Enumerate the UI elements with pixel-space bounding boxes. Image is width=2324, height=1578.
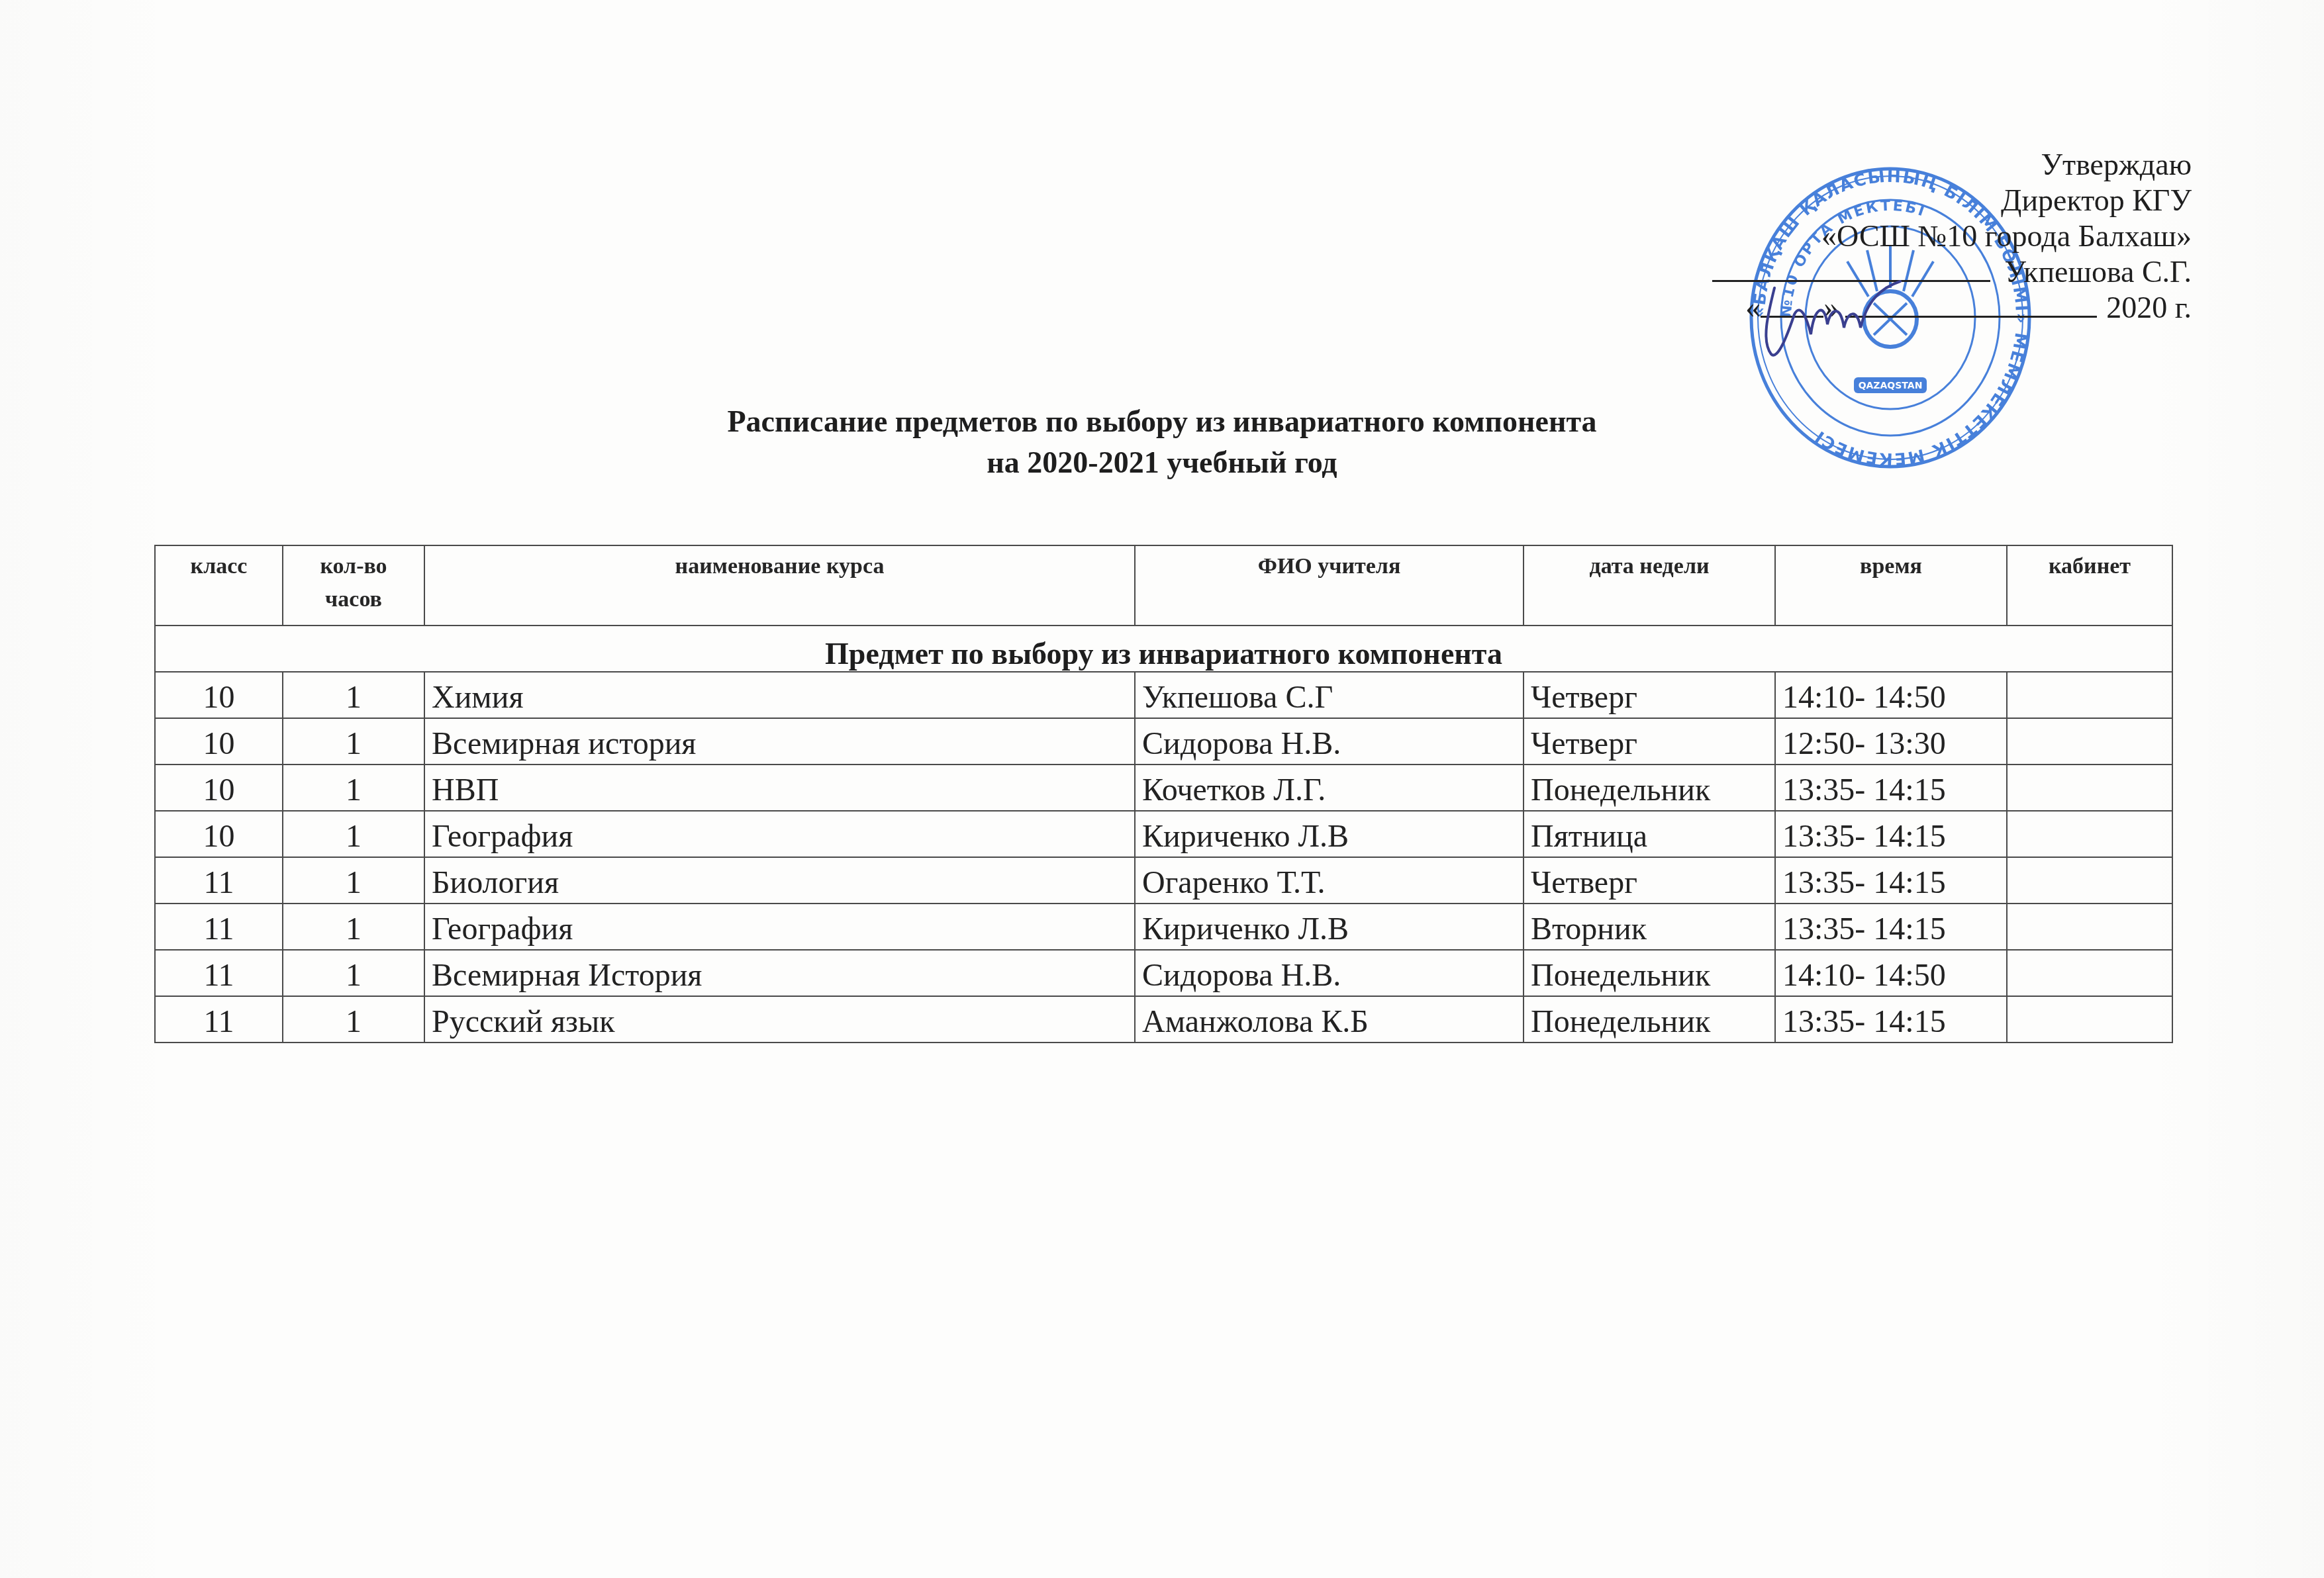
cell-hours: 1 (283, 718, 424, 765)
cell-hours: 1 (283, 672, 424, 718)
header-grade: класс (155, 545, 283, 626)
cell-hours: 1 (283, 904, 424, 950)
cell-grade: 10 (155, 672, 283, 718)
cell-time: 13:35- 14:15 (1775, 904, 2007, 950)
cell-grade: 11 (155, 904, 283, 950)
section-title: Предмет по выбору из инвариатного компон… (155, 626, 2172, 672)
cell-time: 13:35- 14:15 (1775, 765, 2007, 811)
cell-course: Всемирная история (424, 718, 1135, 765)
cell-course: Химия (424, 672, 1135, 718)
cell-time: 12:50- 13:30 (1775, 718, 2007, 765)
approval-organization: «ОСШ №10 города Балхаш» (1712, 218, 2192, 254)
cell-teacher: Кириченко Л.В (1135, 904, 1524, 950)
cell-hours: 1 (283, 811, 424, 857)
header-hours: кол-во часов (283, 545, 424, 626)
cell-course: География (424, 811, 1135, 857)
cell-room (2007, 765, 2172, 811)
cell-day: Четверг (1524, 672, 1775, 718)
cell-room (2007, 718, 2172, 765)
cell-grade: 10 (155, 765, 283, 811)
cell-room (2007, 904, 2172, 950)
cell-grade: 11 (155, 996, 283, 1043)
cell-course: География (424, 904, 1135, 950)
cell-teacher: Кочетков Л.Г. (1135, 765, 1524, 811)
cell-hours: 1 (283, 996, 424, 1043)
cell-grade: 11 (155, 950, 283, 996)
schedule-table: класс кол-во часов наименование курса ФИ… (154, 545, 2173, 1043)
cell-course: Русский язык (424, 996, 1135, 1043)
table-row: 111БиологияОгаренко Т.Т.Четверг13:35- 14… (155, 857, 2172, 904)
header-room: кабинет (2007, 545, 2172, 626)
table-row: 111ГеографияКириченко Л.ВВторник13:35- 1… (155, 904, 2172, 950)
director-signature (1748, 261, 1947, 367)
header-day: дата недели (1524, 545, 1775, 626)
header-teacher: ФИО учителя (1135, 545, 1524, 626)
cell-room (2007, 857, 2172, 904)
cell-room (2007, 811, 2172, 857)
cell-day: Вторник (1524, 904, 1775, 950)
cell-teacher: Укпешова С.Г (1135, 672, 1524, 718)
cell-room (2007, 950, 2172, 996)
cell-room (2007, 996, 2172, 1043)
cell-course: Биология (424, 857, 1135, 904)
approval-director-name: Укпешова С.Г. (2005, 255, 2192, 289)
header-time: время (1775, 545, 2007, 626)
cell-teacher: Сидорова Н.В. (1135, 718, 1524, 765)
table-row: 101НВПКочетков Л.Г.Понедельник13:35- 14:… (155, 765, 2172, 811)
section-row: Предмет по выбору из инвариатного компон… (155, 626, 2172, 672)
cell-day: Пятница (1524, 811, 1775, 857)
approval-year: 2020 г. (2106, 291, 2192, 324)
cell-time: 13:35- 14:15 (1775, 857, 2007, 904)
table-row: 101ХимияУкпешова С.ГЧетверг14:10- 14:50 (155, 672, 2172, 718)
cell-day: Четверг (1524, 857, 1775, 904)
approval-position: Директор КГУ (1712, 183, 2192, 218)
table-row: 111Всемирная ИсторияСидорова Н.В.Понедел… (155, 950, 2172, 996)
cell-grade: 10 (155, 811, 283, 857)
table-row: 101ГеографияКириченко Л.ВПятница13:35- 1… (155, 811, 2172, 857)
cell-day: Понедельник (1524, 765, 1775, 811)
cell-time: 14:10- 14:50 (1775, 950, 2007, 996)
cell-teacher: Аманжолова К.Б (1135, 996, 1524, 1043)
cell-day: Четверг (1524, 718, 1775, 765)
table-row: 111Русский языкАманжолова К.БПонедельник… (155, 996, 2172, 1043)
cell-grade: 10 (155, 718, 283, 765)
cell-course: НВП (424, 765, 1135, 811)
cell-teacher: Сидорова Н.В. (1135, 950, 1524, 996)
cell-teacher: Кириченко Л.В (1135, 811, 1524, 857)
cell-hours: 1 (283, 950, 424, 996)
cell-time: 14:10- 14:50 (1775, 672, 2007, 718)
cell-time: 13:35- 14:15 (1775, 811, 2007, 857)
cell-day: Понедельник (1524, 996, 1775, 1043)
cell-room (2007, 672, 2172, 718)
cell-course: Всемирная История (424, 950, 1135, 996)
cell-teacher: Огаренко Т.Т. (1135, 857, 1524, 904)
table-header-row: класс кол-во часов наименование курса ФИ… (155, 545, 2172, 626)
approval-heading: Утверждаю (1712, 147, 2192, 183)
table-row: 101Всемирная историяСидорова Н.В.Четверг… (155, 718, 2172, 765)
cell-hours: 1 (283, 765, 424, 811)
cell-hours: 1 (283, 857, 424, 904)
cell-day: Понедельник (1524, 950, 1775, 996)
header-course: наименование курса (424, 545, 1135, 626)
cell-time: 13:35- 14:15 (1775, 996, 2007, 1043)
svg-text:QAZAQSTAN: QAZAQSTAN (1859, 381, 1923, 391)
cell-grade: 11 (155, 857, 283, 904)
